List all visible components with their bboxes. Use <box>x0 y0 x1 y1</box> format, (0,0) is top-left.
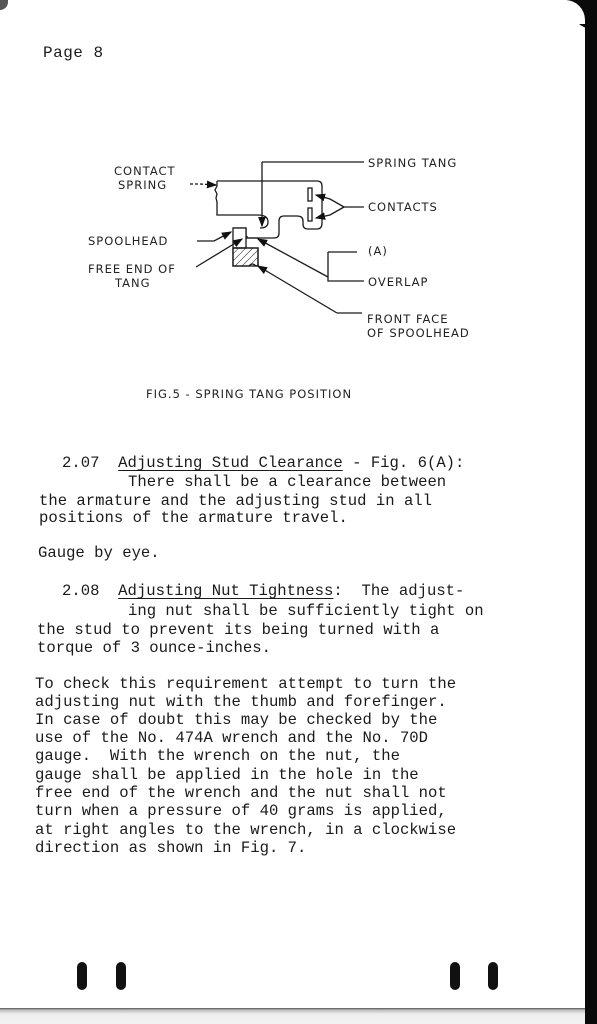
label-spring-tang: SPRING TANG <box>368 156 457 170</box>
label-contact-spring-line2: SPRING <box>118 178 167 192</box>
section-207-title: Adjusting Stud Clearance <box>118 454 343 472</box>
punch-hole <box>116 962 126 990</box>
check-paragraph-line: gauge shall be applied in the hole in th… <box>35 767 419 784</box>
section-207-line: positions of the armature travel. <box>39 510 348 527</box>
page-bottom-edge <box>0 1008 585 1024</box>
label-contacts: CONTACTS <box>368 200 438 214</box>
section-208-title-suffix: : The adjust- <box>333 582 464 600</box>
check-paragraph-line: free end of the wrench and the nut shall… <box>35 785 447 802</box>
section-208-heading: 2.08 Adjusting Nut Tightness: The adjust… <box>62 583 464 600</box>
punch-hole <box>488 962 498 990</box>
label-contact-spring-line1: CONTACT <box>114 164 176 178</box>
section-208-line: torque of 3 ounce-inches. <box>37 640 271 657</box>
label-overlap: OVERLAP <box>368 275 428 289</box>
label-front-face-line2: OF SPOOLHEAD <box>367 326 470 340</box>
label-free-end-line2: TANG <box>115 276 151 290</box>
spring-tang-diagram <box>0 140 597 360</box>
figure-spring-tang-position: CONTACT SPRING SPOOLHEAD FREE END OF TAN… <box>0 140 597 360</box>
label-free-end-line1: FREE END OF <box>88 262 176 276</box>
section-207-title-suffix: - Fig. 6(A): <box>343 454 465 472</box>
punch-hole <box>450 962 460 990</box>
check-paragraph-line: use of the No. 474A wrench and the No. 7… <box>35 730 428 747</box>
check-paragraph-line: direction as shown in Fig. 7. <box>35 840 306 857</box>
section-208-line: the stud to prevent its being turned wit… <box>37 622 439 639</box>
section-208-title: Adjusting Nut Tightness <box>118 582 333 600</box>
section-208-number: 2.08 <box>62 582 99 600</box>
check-paragraph-line: at right angles to the wrench, in a cloc… <box>35 822 456 839</box>
punch-hole <box>77 962 87 990</box>
label-spoolhead: SPOOLHEAD <box>88 234 168 248</box>
check-paragraph-line: turn when a pressure of 40 grams is appl… <box>35 803 447 820</box>
page-number: Page 8 <box>43 44 104 62</box>
section-207-heading: 2.07 Adjusting Stud Clearance - Fig. 6(A… <box>62 455 464 472</box>
figure-caption: FIG.5 - SPRING TANG POSITION <box>146 387 352 401</box>
check-paragraph-line: adjusting nut with the thumb and forefin… <box>35 694 447 711</box>
section-208-line: ing nut shall be sufficiently tight on <box>128 603 484 620</box>
section-207-line: the armature and the adjusting stud in a… <box>39 493 432 510</box>
check-paragraph-line: To check this requirement attempt to tur… <box>35 676 456 693</box>
section-207-number: 2.07 <box>62 454 99 472</box>
scan-artifact <box>0 0 8 10</box>
check-paragraph-line: gauge. With the wrench on the nut, the <box>35 748 400 765</box>
label-a: (A) <box>368 244 388 258</box>
label-front-face-line1: FRONT FACE <box>367 312 448 326</box>
section-207-note: Gauge by eye. <box>38 545 160 562</box>
check-paragraph-line: In case of doubt this may be checked by … <box>35 712 437 729</box>
section-207-line: There shall be a clearance between <box>128 474 446 491</box>
